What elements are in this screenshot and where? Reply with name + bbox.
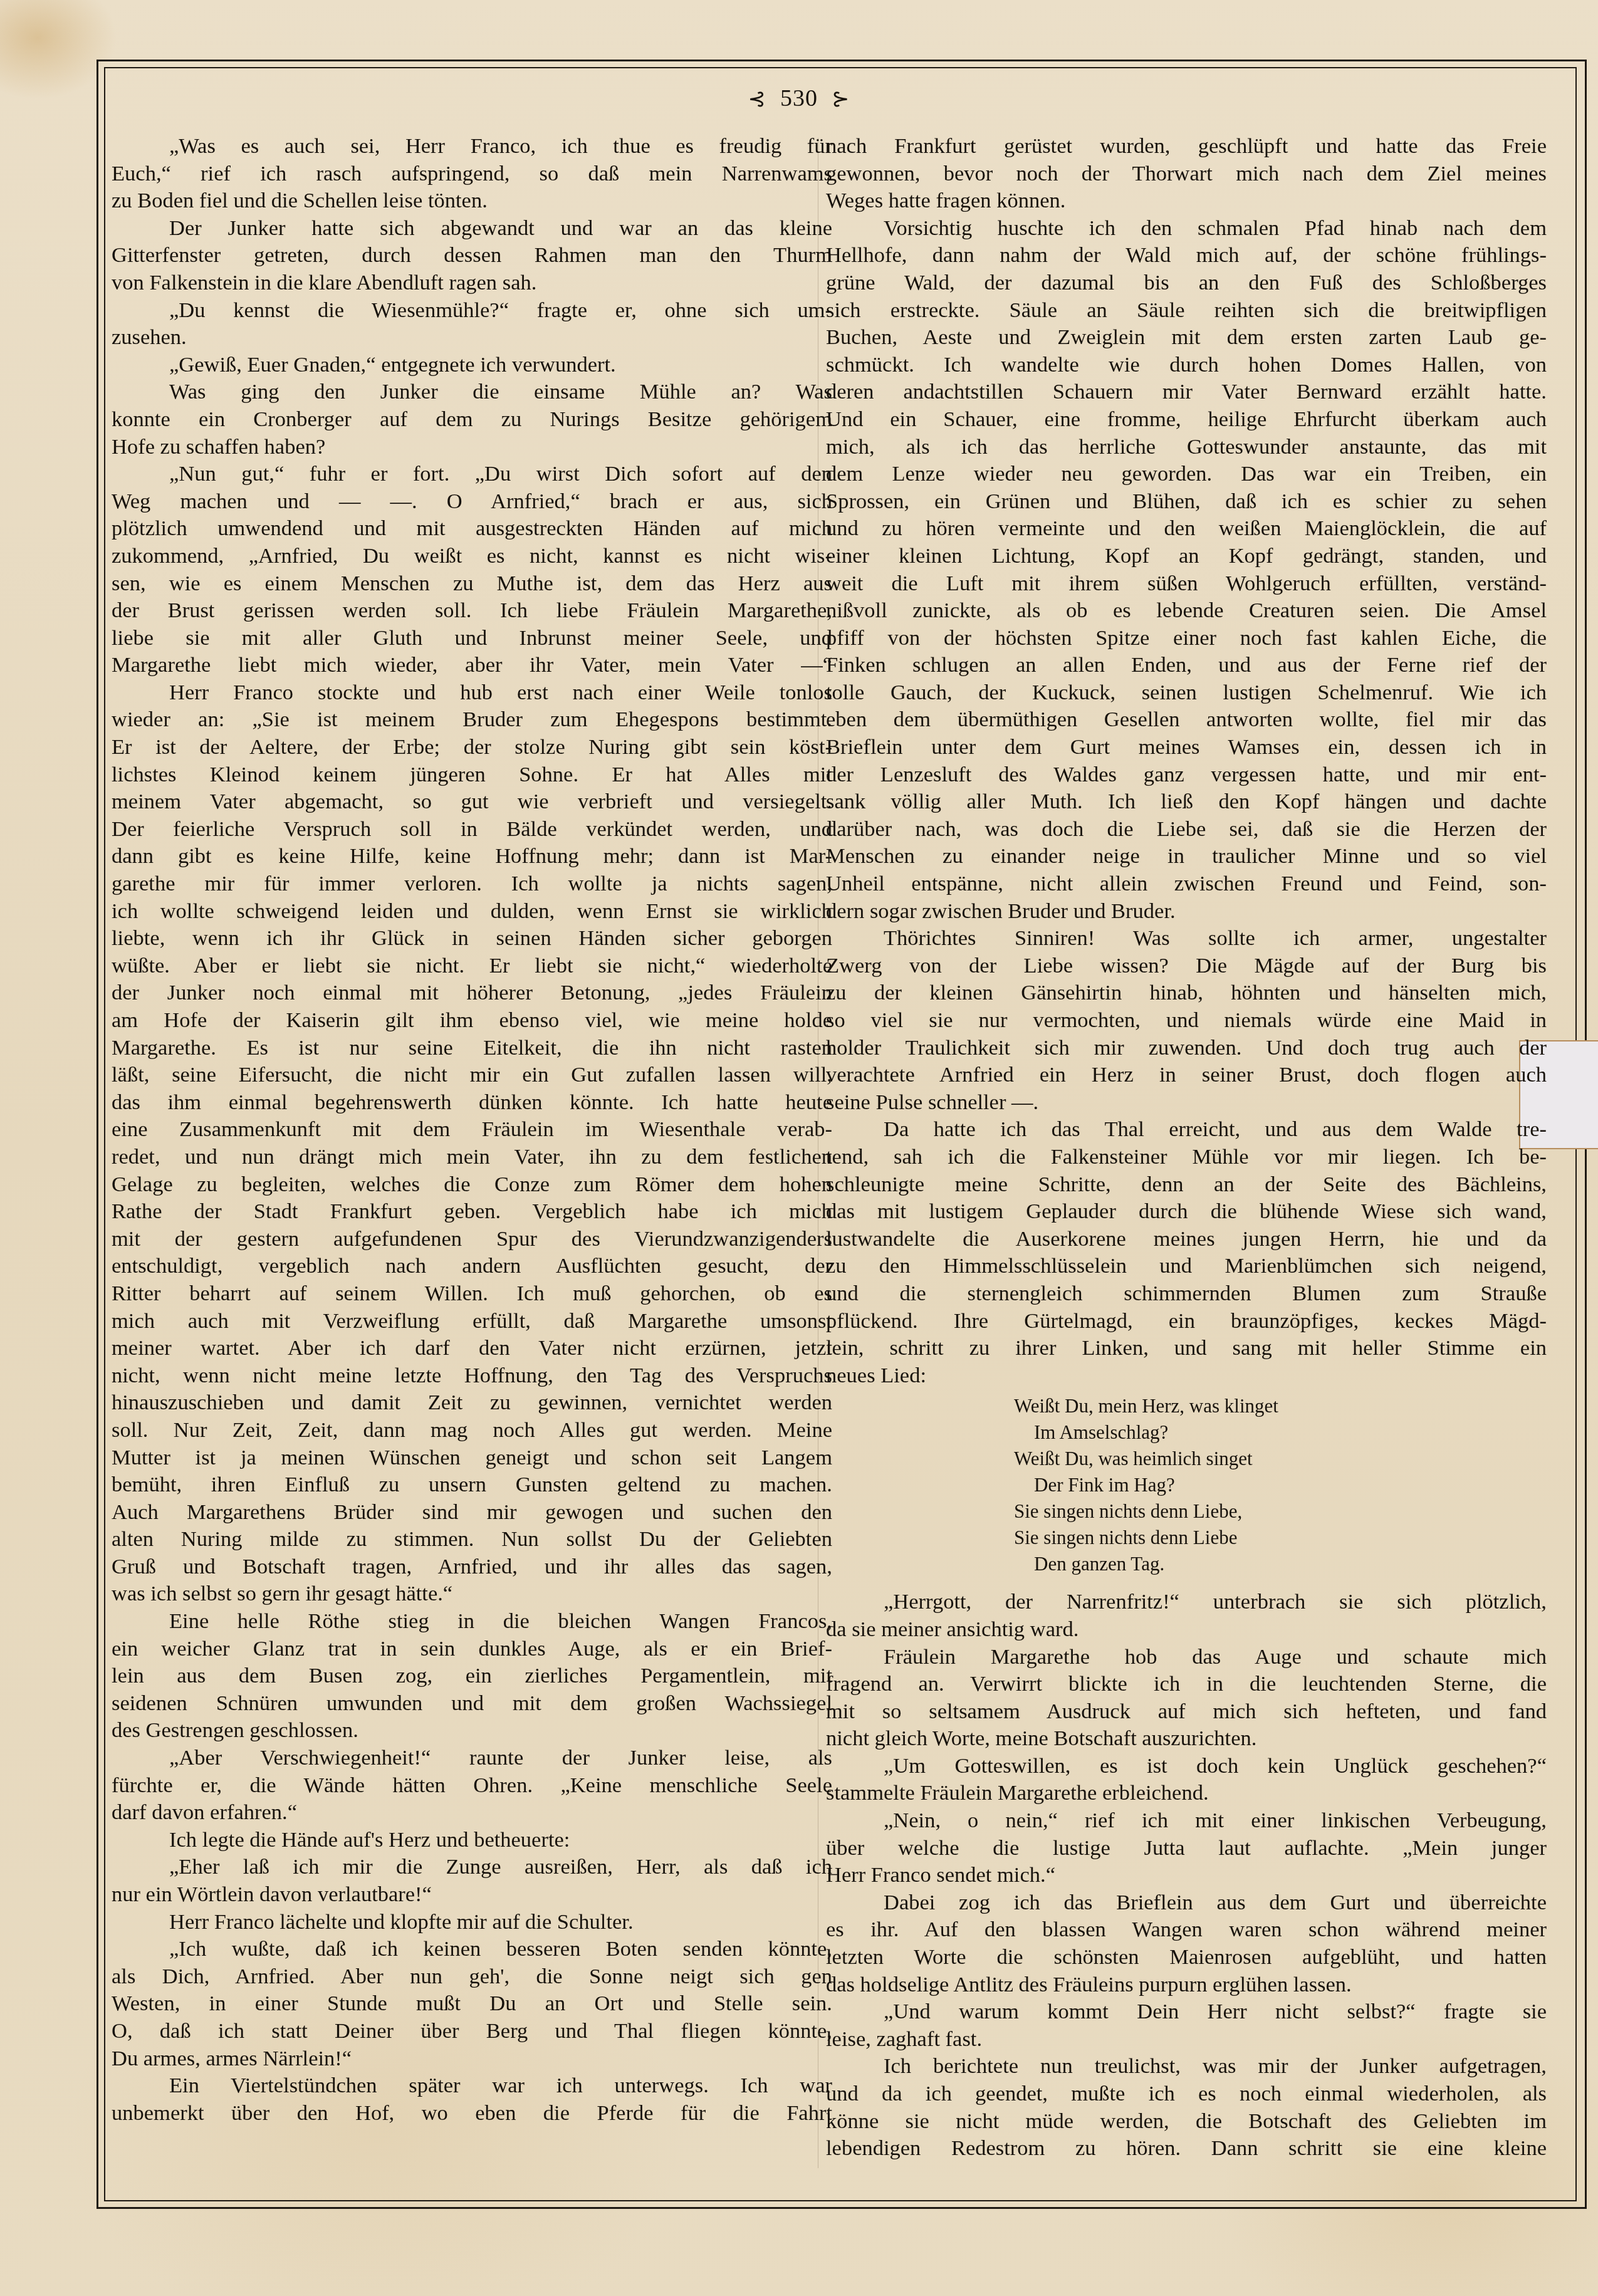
text-line: alten Nuring milde zu stimmen. Nun solls…	[112, 1526, 832, 1553]
text-line: Auch Margarethens Brüder sind mir gewoge…	[112, 1499, 832, 1526]
text-line: eine Zusammenkunft mit dem Fräulein im W…	[112, 1116, 832, 1144]
text-line: Und ein Schauer, eine fromme, heilige Eh…	[826, 406, 1547, 434]
text-line: redet, und nun drängt mich mein Vater, i…	[112, 1144, 832, 1171]
text-line: Der feierliche Verspruch soll in Bälde v…	[112, 816, 832, 843]
page-header: ⊰530⊱	[0, 85, 1598, 112]
text-line: lichstes Kleinod keinem jüngeren Sohne. …	[112, 761, 832, 789]
text-line: Sprossen, ein Grünen und Blühen, daß ich…	[826, 488, 1547, 516]
text-line: Weges hatte fragen können.	[826, 187, 1547, 215]
text-line: da sie meiner ansichtig ward.	[826, 1616, 1547, 1644]
text-line: wüßte. Aber er liebt sie nicht. Er liebt…	[112, 952, 832, 980]
text-line: entschuldigt, vergeblich nach andern Aus…	[112, 1253, 832, 1280]
text-line: plötzlich umwendend und mit ausgestreckt…	[112, 515, 832, 543]
text-line: lein, schritt zu ihrer Linken, und sang …	[826, 1335, 1547, 1362]
text-line: „Eher laß ich mir die Zunge ausreißen, H…	[112, 1854, 832, 1881]
text-line: dern sogar zwischen Bruder und Bruder.	[826, 898, 1547, 926]
text-line: der Junker noch einmal mit höherer Beton…	[112, 979, 832, 1007]
poem-line: Weißt Du, was heimlich singet	[1014, 1446, 1547, 1472]
text-line: nach Frankfurt gerüstet wurden, geschlüp…	[826, 133, 1547, 160]
text-line: soll. Nur Zeit, Zeit, dann mag noch Alle…	[112, 1417, 832, 1444]
text-line: lebendigen Redestrom zu hören. Dann schr…	[826, 2135, 1547, 2163]
text-line: Du armes, armes Närrlein!“	[112, 2045, 832, 2073]
text-line: einer kleinen Lichtung, Kopf an Kopf ged…	[826, 543, 1547, 570]
text-line: „Nein, o nein,“ rief ich mit einer linki…	[826, 1807, 1547, 1835]
text-line: lein aus dem Busen zog, ein zierliches P…	[112, 1662, 832, 1690]
ornament-left-icon: ⊰	[748, 88, 767, 111]
text-line: darf davon erfahren.“	[112, 1799, 832, 1827]
text-line: schleunigte meine Schritte, denn an der …	[826, 1171, 1547, 1199]
text-line: fürchte er, die Wände hätten Ohren. „Kei…	[112, 1772, 832, 1800]
text-line: letzten Worte die schönsten Maienrosen a…	[826, 1944, 1547, 1971]
text-line: „Und warum kommt Dein Herr nicht selbst?…	[826, 1998, 1547, 2026]
text-line: Er ist der Aeltere, der Erbe; der stolze…	[112, 734, 832, 761]
text-line: Margarethe liebt mich wieder, aber ihr V…	[112, 652, 832, 679]
text-line: Eine helle Röthe stieg in die bleichen W…	[112, 1608, 832, 1636]
text-line: am Hofe der Kaiserin gilt ihm ebenso vie…	[112, 1007, 832, 1035]
text-line: Buchen, Aeste und Zweiglein mit dem erst…	[826, 324, 1547, 352]
text-line: und zu hören vermeinte und den weißen Ma…	[826, 515, 1547, 543]
text-line: Ritter beharrt auf seinem Willen. Ich mu…	[112, 1280, 832, 1308]
text-line: wieder an: „Sie ist meinem Bruder zum Eh…	[112, 706, 832, 734]
poem-line: Sie singen nichts denn Liebe	[1014, 1525, 1547, 1551]
text-line: meinem Vater abgemacht, so gut wie verbr…	[112, 788, 832, 816]
text-line: „Herrgott, der Narrenfritz!“ unterbrach …	[826, 1589, 1547, 1616]
text-line: zusehen.	[112, 324, 832, 352]
text-line: läßt, seine Eifersucht, die nicht mir ei…	[112, 1062, 832, 1089]
text-line: Margarethe. Es ist nur seine Eitelkeit, …	[112, 1035, 832, 1062]
text-line: der Brust gerissen werden soll. Ich lieb…	[112, 597, 832, 625]
ornament-right-icon: ⊱	[832, 88, 850, 111]
text-line: Brieflein unter dem Gurt meines Wamses e…	[826, 734, 1547, 761]
text-line: Menschen zu einander neige in traulicher…	[826, 843, 1547, 870]
text-line: ein weicher Glanz trat in sein dunkles A…	[112, 1636, 832, 1663]
text-line: „Nun gut,“ fuhr er fort. „Du wirst Dich …	[112, 461, 832, 488]
text-line: Mutter ist ja meinen Wünschen geneigt un…	[112, 1444, 832, 1472]
text-line: zu Boden fiel und die Schellen leise tön…	[112, 187, 832, 215]
text-line: Zwerg von der Liebe wissen? Die Mägde au…	[826, 952, 1547, 980]
text-line: meiner wartet. Aber ich darf den Vater n…	[112, 1335, 832, 1362]
text-line: so viel sie nur vermochten, und niemals …	[826, 1007, 1547, 1035]
text-line: sank völlig aller Muth. Ich ließ den Kop…	[826, 788, 1547, 816]
text-line: seidenen Schnüren umwunden und mit dem g…	[112, 1690, 832, 1718]
text-block-before-poem: nach Frankfurt gerüstet wurden, geschlüp…	[826, 133, 1547, 1389]
text-line: was ich selbst so gern ihr gesagt hätte.…	[112, 1580, 832, 1608]
text-line: verachtete Arnfried ein Herz in seiner B…	[826, 1062, 1547, 1089]
text-line: O, daß ich statt Deiner über Berg und Th…	[112, 2018, 832, 2045]
text-line: neues Lied:	[826, 1362, 1547, 1390]
text-line: dem Lenze wieder neu geworden. Das war e…	[826, 461, 1547, 488]
text-line: sen, wie es einem Menschen zu Muthe ist,…	[112, 570, 832, 598]
text-line: weit die Luft mit ihrem süßen Wohlgeruch…	[826, 570, 1547, 598]
text-column-right: nach Frankfurt gerüstet wurden, geschlüp…	[826, 133, 1547, 2163]
text-line: Herr Franco stockte und hub erst nach ei…	[112, 679, 832, 707]
poem-block: Weißt Du, mein Herz, was klingetIm Amsel…	[826, 1393, 1547, 1577]
poem-line: Der Fink im Hag?	[1014, 1472, 1547, 1498]
poem-line: Im Amselschlag?	[1014, 1419, 1547, 1446]
text-line: nicht, wenn nicht meine letzte Hoffnung,…	[112, 1362, 832, 1390]
text-line: Fräulein Margarethe hob das Auge und sch…	[826, 1644, 1547, 1671]
text-line: Gelage zu begleiten, welches die Conze z…	[112, 1171, 832, 1199]
text-line: Herr Franco lächelte und klopfte mir auf…	[112, 1909, 832, 1936]
text-block-after-poem: „Herrgott, der Narrenfritz!“ unterbrach …	[826, 1589, 1547, 2162]
text-line: das holdselige Antlitz des Fräuleins pur…	[826, 1971, 1547, 1999]
page-number: 530	[780, 85, 818, 112]
text-line: nißvoll zunickte, als ob es lebende Crea…	[826, 597, 1547, 625]
text-line: Weg machen und — —. O Arnfried,“ brach e…	[112, 488, 832, 516]
text-line: Vorsichtig huschte ich den schmalen Pfad…	[826, 215, 1547, 243]
text-line: Ein Viertelstündchen später war ich unte…	[112, 2072, 832, 2100]
text-line: Hofe zu schaffen haben?	[112, 434, 832, 461]
text-line: zu den Himmelsschlüsselein und Marienblü…	[826, 1253, 1547, 1280]
text-line: zukommend, „Arnfried, Du weißt es nicht,…	[112, 543, 832, 570]
text-line: Herr Franco sendet mich.“	[826, 1862, 1547, 1889]
text-line: konnte ein Cronberger auf dem zu Nurings…	[112, 406, 832, 434]
text-line: tend, sah ich die Falkensteiner Mühle vo…	[826, 1144, 1547, 1171]
text-line: Thörichtes Sinniren! Was sollte ich arme…	[826, 925, 1547, 952]
text-line: Was ging den Junker die einsame Mühle an…	[112, 378, 832, 406]
text-line: fragend an. Verwirrt blickte ich in die …	[826, 1671, 1547, 1698]
text-line: mich, als ich das herrliche Gotteswunder…	[826, 434, 1547, 461]
text-line: holder Traulichkeit sich mir zuwenden. U…	[826, 1035, 1547, 1062]
text-line: Dabei zog ich das Brieflein aus dem Gurt…	[826, 1889, 1547, 1917]
text-line: bemüht, ihren Einfluß zu unsern Gunsten …	[112, 1471, 832, 1499]
text-line: pflückend. Ihre Gürtelmagd, ein braunzöp…	[826, 1308, 1547, 1335]
text-line: deren andachtstillen Schauern mir Vater …	[826, 378, 1547, 406]
text-line: als Dich, Arnfried. Aber nun geh', die S…	[112, 1963, 832, 1991]
text-line: unbemerkt über den Hof, wo eben die Pfer…	[112, 2100, 832, 2127]
text-line: zu der kleinen Gänsehirtin hinab, höhnte…	[826, 979, 1547, 1007]
text-line: Der Junker hatte sich abgewandt und war …	[112, 215, 832, 243]
text-line: Da hatte ich das Thal erreicht, und aus …	[826, 1116, 1547, 1144]
text-line: „Um Gotteswillen, es ist doch kein Unglü…	[826, 1753, 1547, 1780]
text-line: „Was es auch sei, Herr Franco, ich thue …	[112, 133, 832, 160]
text-line: hinauszuschieben und damit Zeit zu gewin…	[112, 1389, 832, 1417]
text-line: liebe sie mit aller Gluth und Inbrunst m…	[112, 625, 832, 652]
text-line: pfiff von der höchsten Spitze einer noch…	[826, 625, 1547, 652]
text-line: von Falkenstein in die klare Abendluft r…	[112, 269, 832, 297]
text-line: und da ich geendet, mußte ich es noch ei…	[826, 2080, 1547, 2108]
text-line: „Ich wußte, daß ich keinen besseren Bote…	[112, 1936, 832, 1963]
text-line: darüber nach, was doch die Liebe sei, da…	[826, 816, 1547, 843]
text-line: der Lenzesluft des Waldes ganz vergessen…	[826, 761, 1547, 789]
text-line: das ihm einmal begehrenswerth dünken kön…	[112, 1089, 832, 1117]
text-line: garethe mir für immer verloren. Ich woll…	[112, 870, 832, 898]
text-column-left: „Was es auch sei, Herr Franco, ich thue …	[112, 133, 832, 2127]
text-line: Unheil entspänne, nicht allein zwischen …	[826, 870, 1547, 898]
text-line: Westen, in einer Stunde mußt Du an Ort u…	[112, 1990, 832, 2018]
text-line: könne sie nicht müde werden, die Botscha…	[826, 2108, 1547, 2136]
poem-line: Sie singen nichts denn Liebe,	[1014, 1498, 1547, 1525]
poem-line: Weißt Du, mein Herz, was klinget	[1014, 1393, 1547, 1419]
text-line: mich auch mit Verzweiflung erfüllt, daß …	[112, 1308, 832, 1335]
text-line: liebte, wenn ich ihr Glück in seinen Hän…	[112, 925, 832, 952]
text-line: ich wollte schweigend leiden und dulden,…	[112, 898, 832, 926]
text-line: eben dem übermüthigen Gesellen antworten…	[826, 706, 1547, 734]
text-line: gewonnen, bevor noch der Thorwart mich n…	[826, 160, 1547, 188]
poem-line: Den ganzen Tag.	[1014, 1551, 1547, 1577]
text-line: leise, zaghaft fast.	[826, 2026, 1547, 2053]
text-line: lustwandelte die Auserkorene meines jung…	[826, 1226, 1547, 1253]
text-line: Gitterfenster getreten, durch dessen Rah…	[112, 242, 832, 269]
text-line: Finken schlugen an allen Enden, und aus …	[826, 652, 1547, 679]
text-line: schmückt. Ich wandelte wie durch hohen D…	[826, 352, 1547, 379]
text-line: Ich berichtete nun treulichst, was mir d…	[826, 2053, 1547, 2080]
text-line: stammelte Fräulein Margarethe erbleichen…	[826, 1780, 1547, 1807]
text-line: mit der gestern aufgefundenen Spur des V…	[112, 1226, 832, 1253]
text-line: Rathe der Stadt Frankfurt geben. Vergebl…	[112, 1198, 832, 1226]
text-line: „Gewiß, Euer Gnaden,“ entgegnete ich ver…	[112, 352, 832, 379]
text-line: seine Pulse schneller —.	[826, 1089, 1547, 1117]
text-line: Ich legte die Hände auf's Herz und bethe…	[112, 1827, 832, 1854]
text-line: mit so seltsamem Ausdruck auf mich sich …	[826, 1698, 1547, 1726]
text-line: grüne Wald, der dazumal bis an den Fuß d…	[826, 269, 1547, 297]
text-line: dann gibt es keine Hilfe, keine Hoffnung…	[112, 843, 832, 870]
text-line: nicht gleich Worte, meine Botschaft ausz…	[826, 1725, 1547, 1753]
text-line: das mit lustigem Geplauder durch die blü…	[826, 1198, 1547, 1226]
text-line: und die sternengleich schimmernden Blume…	[826, 1280, 1547, 1308]
text-line: über welche die lustige Jutta laut aufla…	[826, 1835, 1547, 1862]
text-line: „Aber Verschwiegenheit!“ raunte der Junk…	[112, 1745, 832, 1772]
text-line: Euch,“ rief ich rasch aufspringend, so d…	[112, 160, 832, 188]
text-line: nur ein Wörtlein davon verlautbare!“	[112, 1881, 832, 1909]
text-line: „Du kennst die Wiesenmühle?“ fragte er, …	[112, 297, 832, 325]
text-line: sich erstreckte. Säule an Säule reihten …	[826, 297, 1547, 325]
text-line: des Gestrengen geschlossen.	[112, 1717, 832, 1745]
text-line: Gruß und Botschaft tragen, Arnfried, und…	[112, 1553, 832, 1581]
text-line: tolle Gauch, der Kuckuck, seinen lustige…	[826, 679, 1547, 707]
text-line: Hellhofe, dann nahm der Wald mich auf, d…	[826, 242, 1547, 269]
text-line: es ihr. Auf den blassen Wangen waren sch…	[826, 1916, 1547, 1944]
